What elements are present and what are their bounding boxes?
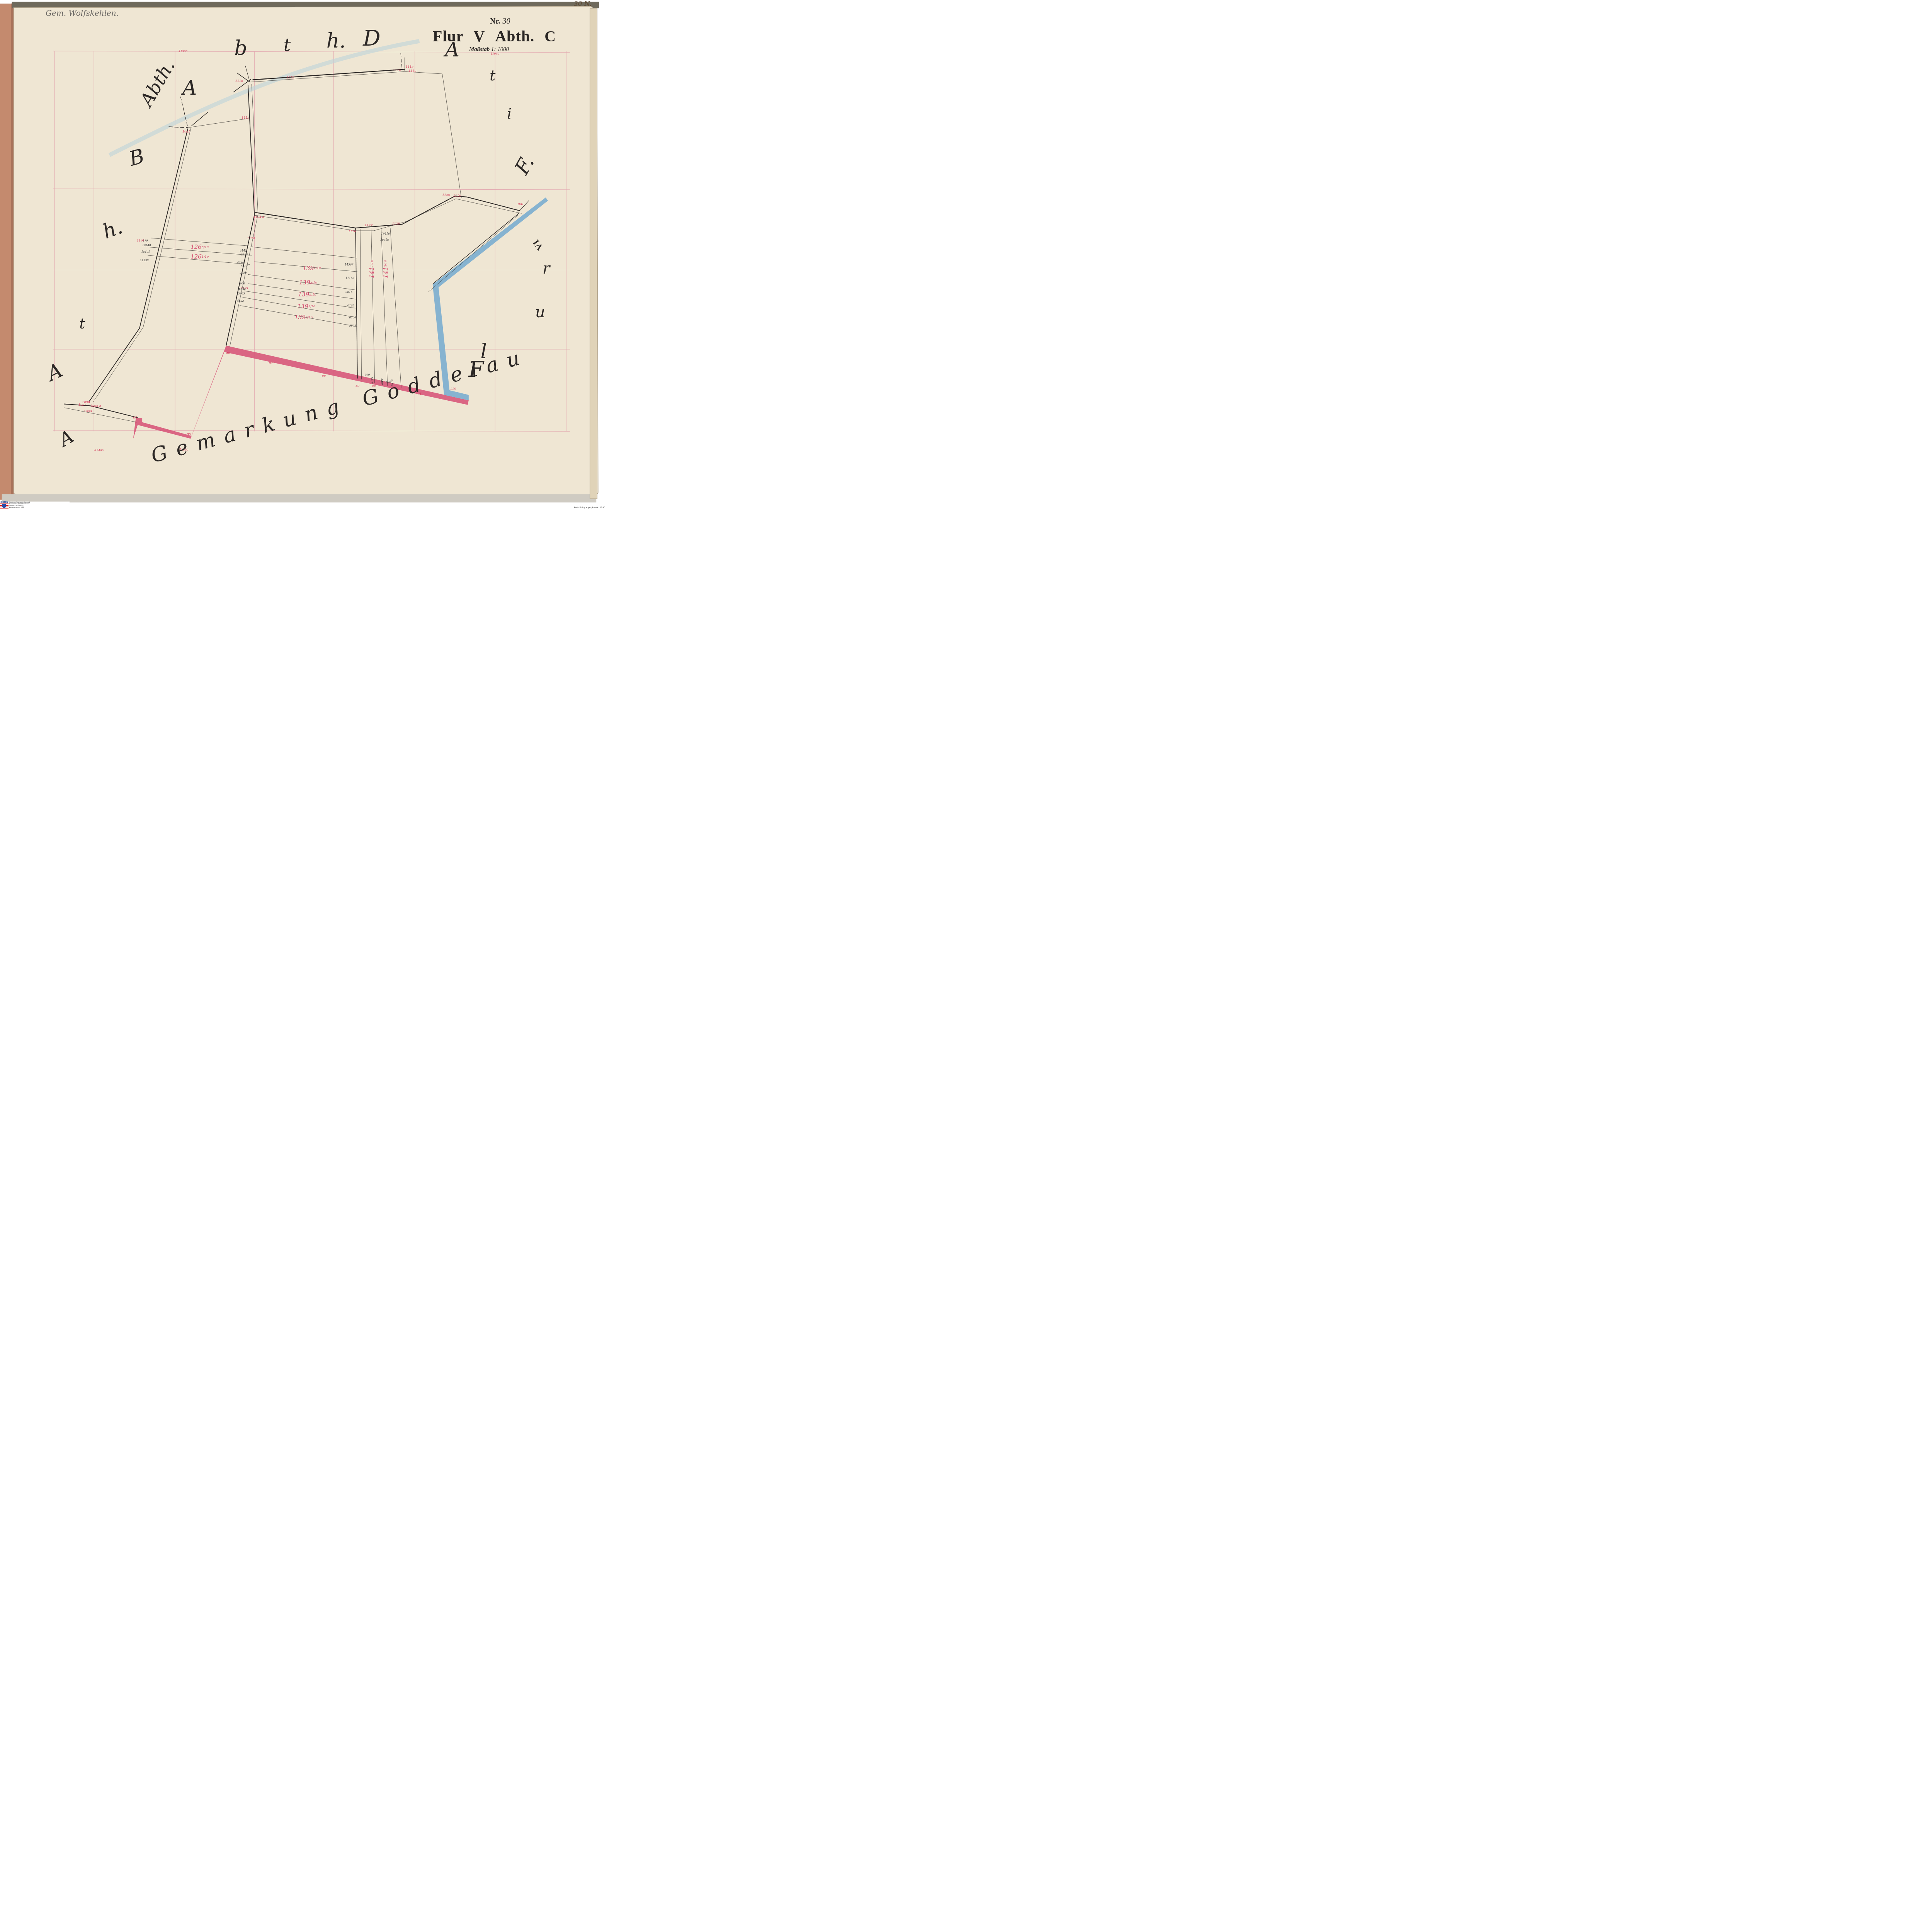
svg-text:14367: 14367 — [345, 263, 354, 266]
svg-text:18916: 18916 — [380, 238, 389, 241]
svg-text:1081: 1081 — [182, 130, 190, 133]
svg-text:8165: 8165 — [347, 304, 354, 307]
archive-info: Hessisches Staatsarchiv Darmstadt Karoli… — [9, 502, 30, 508]
svg-text:84: 84 — [133, 416, 137, 419]
svg-text:6141: 6141 — [240, 249, 247, 252]
image-credit: Kristof Doffing langen.ykom.de / HStAD — [574, 507, 605, 509]
svg-text:1127: 1127 — [365, 223, 373, 227]
svg-text:u: u — [535, 303, 545, 321]
svg-text:1097: 1097 — [78, 403, 87, 406]
svg-text:6345: 6345 — [239, 287, 246, 291]
svg-text:1112: 1112 — [408, 69, 416, 73]
svg-text:5618: 5618 — [370, 377, 374, 384]
page-number: 30 N. — [574, 0, 592, 8]
svg-text:1126: 1126 — [348, 230, 356, 233]
svg-text:1110: 1110 — [453, 194, 461, 197]
svg-text:6760: 6760 — [349, 316, 356, 319]
flur-heading: FlurVAbth.C — [433, 27, 566, 45]
svg-text:479: 479 — [142, 239, 148, 242]
svg-text:9615: 9615 — [345, 290, 352, 294]
hessen-coat-of-arms-icon: HESSEN — [0, 502, 9, 509]
svg-text:4623: 4623 — [237, 299, 244, 303]
svg-text:500: 500 — [365, 373, 370, 376]
svg-text:t: t — [490, 67, 496, 84]
svg-text:86: 86 — [226, 351, 230, 355]
svg-text:2256: 2256 — [240, 271, 247, 274]
svg-text:-12400: -12400 — [94, 449, 104, 452]
archive-footer: HESSEN Hessisches Staatsarchiv Darmstadt… — [0, 502, 70, 509]
svg-text:h.: h. — [327, 29, 346, 53]
svg-text:5363: 5363 — [349, 324, 356, 327]
svg-text:1115: 1115 — [286, 76, 294, 79]
svg-text:4790: 4790 — [237, 261, 244, 264]
svg-text:i: i — [507, 105, 512, 122]
svg-text:t: t — [79, 315, 85, 332]
svg-text:6316: 6316 — [241, 253, 248, 256]
svg-text:1124: 1124 — [247, 236, 255, 240]
svg-text:1114: 1114 — [393, 68, 401, 72]
svg-text:1116: 1116 — [235, 79, 243, 83]
svg-text:87: 87 — [269, 361, 273, 365]
svg-text:3612: 3612 — [241, 264, 248, 268]
pencil-annotation: Gem. Wolfskehlen. — [46, 9, 119, 18]
svg-text:16148: 16148 — [142, 243, 151, 247]
svg-text:b: b — [234, 37, 247, 60]
svg-text:1113: 1113 — [406, 65, 413, 68]
svg-text:-11900: -11900 — [178, 49, 187, 53]
svg-text:1124 a: 1124 a — [253, 215, 264, 219]
sheet-number: Nr.30 — [490, 17, 510, 26]
svg-text:5903: 5903 — [238, 292, 245, 295]
svg-text:1129: 1129 — [442, 193, 450, 197]
svg-text:89: 89 — [355, 384, 359, 388]
svg-text:D: D — [362, 26, 380, 51]
map-sheet: B Abth. A b t h. D h. t A A A t i F. r u… — [0, 0, 606, 510]
svg-text:88: 88 — [322, 374, 326, 378]
svg-text:15401: 15401 — [141, 250, 150, 253]
svg-text:1096: 1096 — [84, 410, 92, 413]
svg-text:19416: 19416 — [381, 232, 390, 235]
svg-text:1115: 1115 — [241, 116, 249, 119]
svg-text:14198: 14198 — [140, 259, 149, 262]
svg-text:t: t — [284, 34, 291, 56]
svg-text:861: 861 — [518, 202, 524, 206]
svg-text:r: r — [543, 260, 551, 277]
svg-text:1096 a: 1096 a — [90, 404, 101, 408]
svg-text:1128: 1128 — [392, 222, 400, 225]
cadastral-map-canvas: B Abth. A b t h. D h. t A A A t i F. r u… — [0, 0, 606, 510]
svg-text:900: 900 — [240, 282, 245, 285]
svg-text:A: A — [181, 77, 197, 100]
svg-text:11130: 11130 — [345, 276, 354, 280]
map-scale: Maßstab 1: 1000 — [469, 46, 509, 53]
